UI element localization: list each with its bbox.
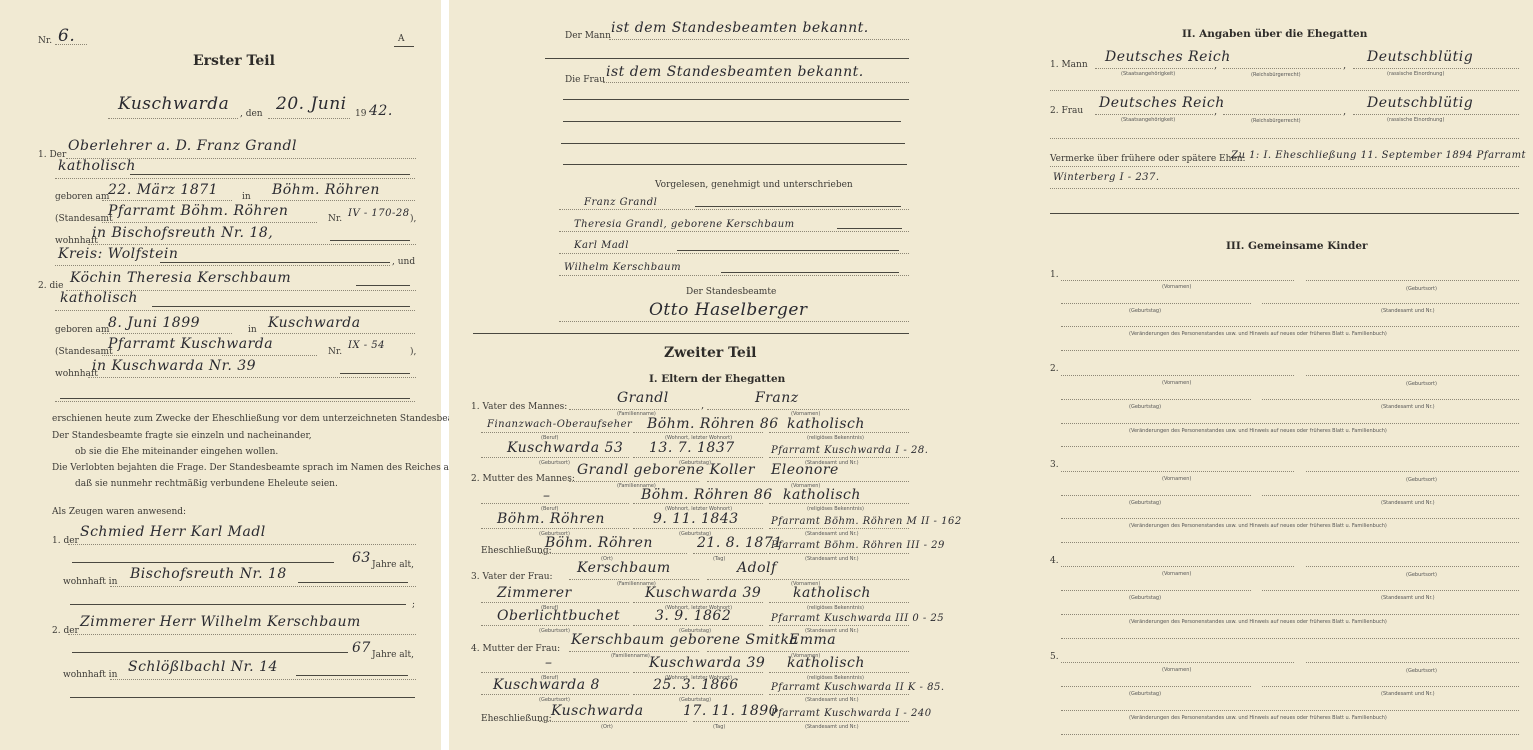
bride-registry: Pfarramt Kuschwarda (108, 336, 273, 352)
witness2-age: 67 (352, 640, 371, 656)
witnesses-label: Als Zeugen waren anwesend: (52, 507, 186, 517)
man-label: Der Mann (565, 31, 611, 41)
groom-residence2: Kreis: Wolfstein (58, 246, 178, 262)
child-number: 5. (1050, 652, 1059, 662)
father-groom-registry: Pfarramt Kuschwarda I - 28. (771, 445, 928, 456)
woman-row-label: 2. Frau (1050, 106, 1083, 116)
caption-geburtsort: (Geburtsort) (539, 628, 570, 634)
und-label: , und (392, 257, 415, 267)
woman-label: Die Frau (565, 75, 605, 85)
groom-in-label: in (242, 192, 251, 202)
caption-changes: (Veränderungen des Personenstandes usw. … (1129, 523, 1387, 529)
caption-geburtstag: (Geburtstag) (1129, 500, 1161, 506)
bride-born-date: 8. Juni 1899 (108, 315, 200, 331)
marriage2-label: Eheschließung: (481, 714, 552, 724)
father-groom-surname: Grandl (617, 390, 669, 406)
father-groom-birthdate: 13. 7. 1837 (649, 440, 735, 456)
witness2-age-label: Jahre alt, (372, 650, 414, 660)
signature-groom: Franz Grandl (584, 197, 657, 208)
children-title: III. Gemeinsame Kinder (1226, 240, 1368, 252)
caption-bekenntnis: (religiöses Bekenntnis) (807, 675, 864, 681)
caption-geburtstag: (Geburtstag) (1129, 691, 1161, 697)
man-citizenship: Deutsches Reich (1105, 49, 1231, 65)
father-groom-birthplace: Kuschwarda 53 (507, 440, 623, 456)
caption-geburtsort: (Geburtsort) (1406, 286, 1437, 292)
woman-citizenship: Deutsches Reich (1099, 95, 1225, 111)
father-groom-residence: Böhm. Röhren 86 (647, 416, 779, 432)
mother-bride-occupation: – (545, 655, 553, 671)
marriage2-place: Kuschwarda (551, 703, 644, 719)
part1-title: Erster Teil (193, 53, 275, 69)
caption-changes: (Veränderungen des Personenstandes usw. … (1129, 331, 1387, 337)
mother-groom-occupation: – (543, 488, 551, 504)
spouses-title: II. Angaben über die Ehegatten (1182, 28, 1367, 40)
marriage1-label: Eheschließung: (481, 546, 552, 556)
marriage1-date: 21. 8. 1871 (697, 535, 783, 551)
mother-groom-religion: katholisch (783, 487, 861, 503)
signature-witness2: Wilhelm Kerschbaum (564, 262, 681, 273)
semicolon: ; (412, 600, 415, 610)
record-number: 6. (58, 26, 75, 46)
caption-standesamt: (Standesamt und Nr.) (805, 556, 859, 562)
caption-geburtstag: (Geburtstag) (1129, 308, 1161, 314)
form-letter: A (398, 34, 405, 44)
declaration-line-5: daß sie nunmehr rechtmäßig verbundene Eh… (75, 479, 338, 489)
man-classification: Deutschblütig (1367, 49, 1473, 65)
bride-born-place: Kuschwarda (268, 315, 361, 331)
marriage-place: Kuschwarda (118, 94, 229, 114)
father-groom-label: 1. Vater des Mannes: (471, 402, 567, 412)
page-spread: Der Mann ist dem Standesbeamten bekannt.… (449, 0, 1533, 750)
caption-geburtsort: (Geburtsort) (1406, 381, 1437, 387)
bride-registry-nr: IX - 54 (348, 340, 385, 351)
den-label: , den (240, 109, 263, 119)
groom-born-date: 22. März 1871 (108, 182, 218, 198)
caption-standesamt: (Standesamt und Nr.) (805, 531, 859, 537)
caption-standesamt: (Standesamt und Nr.) (1381, 308, 1435, 314)
signature-bride: Theresia Grandl, geborene Kerschbaum (574, 219, 795, 230)
father-bride-given: Adolf (737, 560, 777, 576)
caption-geburtsort: (Geburtsort) (1406, 668, 1437, 674)
declaration-line-2: Der Standesbeamte fragte sie einzeln und… (52, 431, 312, 441)
caption-vornamen: (Vornamen) (1162, 284, 1191, 290)
caption-standesamt: (Standesamt und Nr.) (1381, 595, 1435, 601)
caption-staat: (Staatsangehörigkeit) (1121, 117, 1175, 123)
groom-born-place: Böhm. Röhren (272, 182, 380, 198)
comma: , (701, 400, 704, 411)
caption-staat: (Staatsangehörigkeit) (1121, 71, 1175, 77)
declaration-line-3: ob sie die Ehe miteinander eingehen woll… (75, 447, 278, 457)
registrar-label: Der Standesbeamte (686, 287, 776, 297)
father-bride-label: 3. Vater der Frau: (471, 572, 553, 582)
caption-bekenntnis: (religiöses Bekenntnis) (807, 506, 864, 512)
bride-residence: in Kuschwarda Nr. 39 (92, 358, 256, 374)
caption-changes: (Veränderungen des Personenstandes usw. … (1129, 428, 1387, 434)
caption-ort: (Ort) (601, 724, 613, 730)
witness1-residence: Bischofsreuth Nr. 18 (130, 566, 287, 582)
father-groom-religion: katholisch (787, 416, 865, 432)
child-number: 3. (1050, 460, 1059, 470)
marriage1-place: Böhm. Röhren (545, 535, 653, 551)
comma: , (1343, 106, 1346, 117)
witness2-name: Zimmerer Herr Wilhelm Kerschbaum (80, 614, 361, 630)
groom-registry: Pfarramt Böhm. Röhren (108, 203, 288, 219)
child-number: 4. (1050, 556, 1059, 566)
father-bride-registry: Pfarramt Kuschwarda III 0 - 25 (771, 613, 944, 624)
father-bride-religion: katholisch (793, 585, 871, 601)
caption-geburtsort: (Geburtsort) (1406, 572, 1437, 578)
marriage2-registry: Pfarramt Kuschwarda I - 240 (771, 708, 932, 719)
caption-bekenntnis: (religiöses Bekenntnis) (807, 605, 864, 611)
child-number: 1. (1050, 270, 1059, 280)
comma: , (1214, 60, 1217, 71)
mother-groom-given: Eleonore (771, 462, 839, 478)
bride-in-label: in (248, 325, 257, 335)
bride-occupation-name: Köchin Theresia Kerschbaum (70, 270, 291, 286)
declaration-line-4: Die Verlobten bejahten die Frage. Der St… (52, 463, 462, 473)
father-groom-occupation: Finanzwach-Oberaufseher (487, 419, 632, 430)
caption-standesamt: (Standesamt und Nr.) (805, 697, 859, 703)
witness2-residence: Schlößlbachl Nr. 14 (128, 659, 278, 675)
declaration-line-1: erschienen heute zum Zwecke der Eheschli… (52, 414, 479, 424)
father-bride-residence: Kuschwarda 39 (645, 585, 761, 601)
father-groom-given: Franz (755, 390, 799, 406)
mother-groom-surname: Grandl geborene Koller (577, 462, 755, 478)
page-erster-teil: Nr. 6. A Erster Teil Kuschwarda , den 20… (0, 0, 441, 750)
caption-reich: (Reichsbürgerrecht) (1251, 118, 1301, 124)
man-row-label: 1. Mann (1050, 60, 1088, 70)
comma: , (1214, 106, 1217, 117)
caption-geburtstag: (Geburtstag) (1129, 595, 1161, 601)
bride-religion: katholisch (60, 290, 138, 306)
caption-changes: (Veränderungen des Personenstandes usw. … (1129, 715, 1387, 721)
caption-rasse: (rassische Einordnung) (1387, 117, 1444, 123)
father-bride-occupation: Zimmerer (497, 585, 572, 601)
caption-familienname: (Familienname) (611, 653, 650, 659)
year-prefix: 19 (355, 109, 366, 119)
father-bride-birthdate: 3. 9. 1862 (655, 608, 731, 624)
woman-identification: ist dem Standesbeamten bekannt. (606, 64, 864, 80)
woman-classification: Deutschblütig (1367, 95, 1473, 111)
mother-bride-birthplace: Kuschwarda 8 (493, 677, 600, 693)
caption-standesamt: (Standesamt und Nr.) (1381, 404, 1435, 410)
caption-vornamen: (Vornamen) (1162, 667, 1191, 673)
year-suffix: 42. (369, 103, 393, 119)
parents-title: I. Eltern der Ehegatten (649, 373, 785, 385)
caption-vornamen: (Vornamen) (1162, 571, 1191, 577)
groom-close: ), (410, 214, 416, 224)
marriage-date: 20. Juni (276, 94, 347, 114)
marriage2-date: 17. 11. 1890 (683, 703, 778, 719)
groom-registry-nr: IV - 170-28 (348, 208, 410, 219)
caption-reich: (Reichsbürgerrecht) (1251, 72, 1301, 78)
caption-vornamen: (Vornamen) (1162, 476, 1191, 482)
mother-bride-surname: Kerschbaum geborene Smitka (571, 632, 798, 648)
prior-marriages-label: Vermerke über frühere oder spätere Ehen: (1050, 154, 1246, 164)
witness1-age-label: Jahre alt, (372, 560, 414, 570)
caption-tag: (Tag) (713, 556, 725, 562)
caption-tag: (Tag) (713, 724, 725, 730)
comma: , (1343, 60, 1346, 71)
mother-groom-registry: Pfarramt Böhm. Röhren M II - 162 (771, 516, 962, 527)
child-number: 2. (1050, 364, 1059, 374)
mother-groom-label: 2. Mutter des Mannes: (471, 474, 575, 484)
groom-religion: katholisch (58, 158, 136, 174)
registrar-signature: Otto Haselberger (649, 300, 808, 320)
caption-vornamen: (Vornamen) (1162, 380, 1191, 386)
father-bride-birthplace: Oberlichtbuchet (497, 608, 620, 624)
groom-occupation-name: Oberlehrer a. D. Franz Grandl (68, 138, 297, 154)
mother-groom-birthdate: 9. 11. 1843 (653, 511, 739, 527)
caption-bekenntnis: (religiöses Bekenntnis) (807, 435, 864, 441)
caption-geburtstag: (Geburtstag) (1129, 404, 1161, 410)
mother-bride-given: Emma (789, 632, 836, 648)
caption-standesamt: (Standesamt und Nr.) (1381, 500, 1435, 506)
nr-label: Nr. (38, 36, 52, 46)
caption-geburtsort: (Geburtsort) (1406, 477, 1437, 483)
witness1-age: 63 (352, 550, 371, 566)
prior-marriages-text: Zu 1: I. Eheschließung 11. September 189… (1231, 150, 1526, 161)
mother-bride-religion: katholisch (787, 655, 865, 671)
read-approved-label: Vorgelesen, genehmigt und unterschrieben (655, 180, 853, 190)
caption-standesamt: (Standesamt und Nr.) (1381, 691, 1435, 697)
mother-bride-label: 4. Mutter der Frau: (471, 644, 560, 654)
bride-nr-label: Nr. (328, 347, 342, 357)
groom-nr-label: Nr. (328, 214, 342, 224)
groom-residence: in Bischofsreuth Nr. 18, (92, 225, 273, 241)
mother-bride-birthdate: 25. 3. 1866 (653, 677, 739, 693)
mother-groom-birthplace: Böhm. Röhren (497, 511, 605, 527)
marriage1-registry: Pfarramt Böhm. Röhren III - 29 (771, 540, 945, 551)
part2-title: Zweiter Teil (664, 345, 756, 361)
caption-standesamt: (Standesamt und Nr.) (805, 724, 859, 730)
mother-bride-residence: Kuschwarda 39 (649, 655, 765, 671)
mother-bride-registry: Pfarramt Kuschwarda II K - 85. (771, 682, 945, 693)
witness1-name: Schmied Herr Karl Madl (80, 524, 266, 540)
caption-geburtsort: (Geburtsort) (539, 460, 570, 466)
signature-witness1: Karl Madl (574, 240, 629, 251)
father-bride-surname: Kerschbaum (577, 560, 671, 576)
man-identification: ist dem Standesbeamten bekannt. (611, 20, 869, 36)
caption-changes: (Veränderungen des Personenstandes usw. … (1129, 619, 1387, 625)
bride-close: ), (410, 347, 416, 357)
mother-groom-residence: Böhm. Röhren 86 (641, 487, 773, 503)
caption-rasse: (rassische Einordnung) (1387, 71, 1444, 77)
prior-marriages-text2: Winterberg I - 237. (1053, 172, 1160, 183)
